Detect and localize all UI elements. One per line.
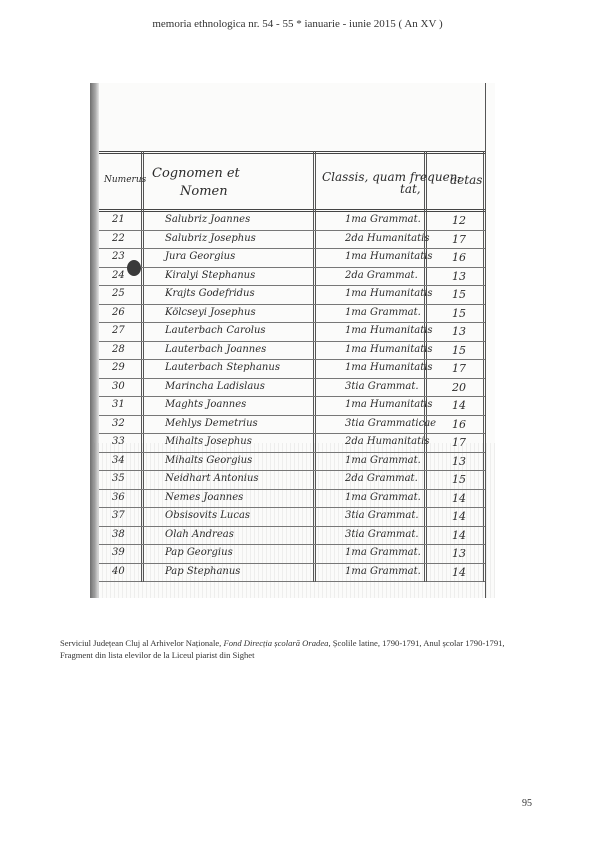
- row-number: 21: [112, 214, 147, 225]
- student-name: Olah Andreas: [165, 529, 315, 540]
- student-name: Mihalts Josephus: [165, 436, 315, 447]
- student-name: Lauterbach Joannes: [165, 344, 315, 355]
- student-class: 1ma Humanitatis: [345, 325, 445, 336]
- student-age: 16: [452, 251, 482, 264]
- table-row: 36Nemes Joannes1ma Grammat.14: [99, 489, 485, 508]
- student-age: 15: [452, 307, 482, 320]
- table-row: 33Mihalts Josephus2da Humanitatis17: [99, 433, 485, 452]
- student-name: Mehlys Demetrius: [165, 418, 315, 429]
- table-row: 23Jura Georgius1ma Humanitatis16: [99, 248, 485, 267]
- student-age: 13: [452, 270, 482, 283]
- table-row: 39Pap Georgius1ma Grammat.13: [99, 544, 485, 563]
- row-number: 39: [112, 547, 147, 558]
- row-number: 40: [112, 566, 147, 577]
- student-name: Jura Georgius: [165, 251, 315, 262]
- table-row: 29Lauterbach Stephanus1ma Humanitatis17: [99, 359, 485, 378]
- student-class: 3tia Grammat.: [345, 529, 445, 540]
- student-name: Marincha Ladislaus: [165, 381, 315, 392]
- student-name: Obsisovits Lucas: [165, 510, 315, 521]
- student-name: Kiralyi Stephanus: [165, 270, 315, 281]
- running-head: memoria ethnologica nr. 54 - 55 * ianuar…: [0, 18, 595, 30]
- student-name: Pap Georgius: [165, 547, 315, 558]
- student-class: 1ma Grammat.: [345, 492, 445, 503]
- student-class: 1ma Grammat.: [345, 566, 445, 577]
- student-age: 14: [452, 399, 482, 412]
- table-row: 31Maghts Joannes1ma Humanitatis14: [99, 396, 485, 415]
- student-age: 16: [452, 418, 482, 431]
- student-name: Mihalts Georgius: [165, 455, 315, 466]
- student-class: 1ma Grammat.: [345, 455, 445, 466]
- student-class: 1ma Humanitatis: [345, 362, 445, 373]
- row-number: 35: [112, 473, 147, 484]
- header-cognomen-line2: Nomen: [152, 183, 240, 201]
- student-class: 3tia Grammat.: [345, 510, 445, 521]
- table-top-rule: [99, 151, 485, 154]
- student-name: Kölcseyi Josephus: [165, 307, 315, 318]
- student-class: 1ma Humanitatis: [345, 288, 445, 299]
- table-row: 26Kölcseyi Josephus1ma Grammat.15: [99, 304, 485, 323]
- student-class: 2da Grammat.: [345, 473, 445, 484]
- student-age: 17: [452, 436, 482, 449]
- student-age: 13: [452, 325, 482, 338]
- student-age: 13: [452, 547, 482, 560]
- student-name: Lauterbach Stephanus: [165, 362, 315, 373]
- header-numerus: Numerus: [104, 175, 146, 185]
- student-class: 1ma Grammat.: [345, 547, 445, 558]
- table-row: 27Lauterbach Carolus1ma Humanitatis13: [99, 322, 485, 341]
- header-classis-line1: Classis, quam frequen-: [322, 171, 461, 183]
- table-row: 38Olah Andreas3tia Grammat.14: [99, 526, 485, 545]
- header-aetas: aetas: [450, 173, 482, 187]
- student-name: Nemes Joannes: [165, 492, 315, 503]
- student-age: 15: [452, 473, 482, 486]
- header-cognomen: Cognomen et Nomen: [152, 165, 240, 201]
- row-number: 22: [112, 233, 147, 244]
- student-class: 3tia Grammaticae: [345, 418, 445, 429]
- archival-scan: Numerus Cognomen et Nomen Classis, quam …: [90, 83, 495, 598]
- student-age: 14: [452, 566, 482, 579]
- row-number: 32: [112, 418, 147, 429]
- student-class: 1ma Grammat.: [345, 307, 445, 318]
- row-number: 30: [112, 381, 147, 392]
- row-number: 33: [112, 436, 147, 447]
- student-name: Pap Stephanus: [165, 566, 315, 577]
- row-number: 34: [112, 455, 147, 466]
- student-age: 13: [452, 455, 482, 468]
- header-classis-line2: tat,: [322, 183, 461, 195]
- table-row: 25Krajts Godefridus1ma Humanitatis15: [99, 285, 485, 304]
- row-number: 38: [112, 529, 147, 540]
- student-class: 2da Humanitatis: [345, 436, 445, 447]
- table-row: 34Mihalts Georgius1ma Grammat.13: [99, 452, 485, 471]
- row-number: 27: [112, 325, 147, 336]
- student-name: Salubriz Josephus: [165, 233, 315, 244]
- table-row: 28Lauterbach Joannes1ma Humanitatis15: [99, 341, 485, 360]
- row-number: 36: [112, 492, 147, 503]
- table-row: 32Mehlys Demetrius3tia Grammaticae16: [99, 415, 485, 434]
- student-name: Krajts Godefridus: [165, 288, 315, 299]
- student-class: 3tia Grammat.: [345, 381, 445, 392]
- student-age: 17: [452, 233, 482, 246]
- student-age: 14: [452, 529, 482, 542]
- table-row: 24Kiralyi Stephanus2da Grammat.13: [99, 267, 485, 286]
- table-row: 35Neidhart Antonius2da Grammat.15: [99, 470, 485, 489]
- student-age: 20: [452, 381, 482, 394]
- table-row: 40Pap Stephanus1ma Grammat.14: [99, 563, 485, 582]
- student-name: Salubriz Joannes: [165, 214, 315, 225]
- student-age: 15: [452, 344, 482, 357]
- caption-line2: Fragment din lista elevilor de la Liceul…: [60, 650, 255, 660]
- student-name: Lauterbach Carolus: [165, 325, 315, 336]
- student-class: 1ma Humanitatis: [345, 251, 445, 262]
- row-number: 29: [112, 362, 147, 373]
- table-row: 37Obsisovits Lucas3tia Grammat.14: [99, 507, 485, 526]
- student-age: 14: [452, 492, 482, 505]
- student-age: 12: [452, 214, 482, 227]
- row-number: 26: [112, 307, 147, 318]
- student-class: 2da Grammat.: [345, 270, 445, 281]
- student-class: 1ma Humanitatis: [345, 399, 445, 410]
- student-name: Maghts Joannes: [165, 399, 315, 410]
- table-row: 30Marincha Ladislaus3tia Grammat.20: [99, 378, 485, 397]
- table-bottom-rule: [99, 581, 485, 582]
- scan-right-edge: [485, 83, 486, 598]
- row-number: 25: [112, 288, 147, 299]
- caption-fond: Fond Direcția școlară Oradea: [223, 638, 328, 648]
- header-cognomen-line1: Cognomen et: [152, 165, 240, 183]
- row-number: 31: [112, 399, 147, 410]
- student-class: 1ma Grammat.: [345, 214, 445, 225]
- student-name: Neidhart Antonius: [165, 473, 315, 484]
- student-class: 1ma Humanitatis: [345, 344, 445, 355]
- table-row: 22Salubriz Josephus2da Humanitatis17: [99, 230, 485, 249]
- row-number: 37: [112, 510, 147, 521]
- student-age: 14: [452, 510, 482, 523]
- ink-blot: [127, 260, 141, 276]
- student-age: 17: [452, 362, 482, 375]
- table-row: 21Salubriz Joannes1ma Grammat.12: [99, 211, 485, 230]
- student-class: 2da Humanitatis: [345, 233, 445, 244]
- student-age: 15: [452, 288, 482, 301]
- row-number: 28: [112, 344, 147, 355]
- page-number: 95: [522, 798, 532, 809]
- header-classis: Classis, quam frequen- tat,: [322, 171, 461, 195]
- caption-details: , Școlile latine, 1790-1791, Anul școlar…: [328, 638, 504, 648]
- caption-source: Serviciul Județean Cluj al Arhivelor Naț…: [60, 638, 223, 648]
- figure-caption: Serviciul Județean Cluj al Arhivelor Naț…: [60, 637, 550, 661]
